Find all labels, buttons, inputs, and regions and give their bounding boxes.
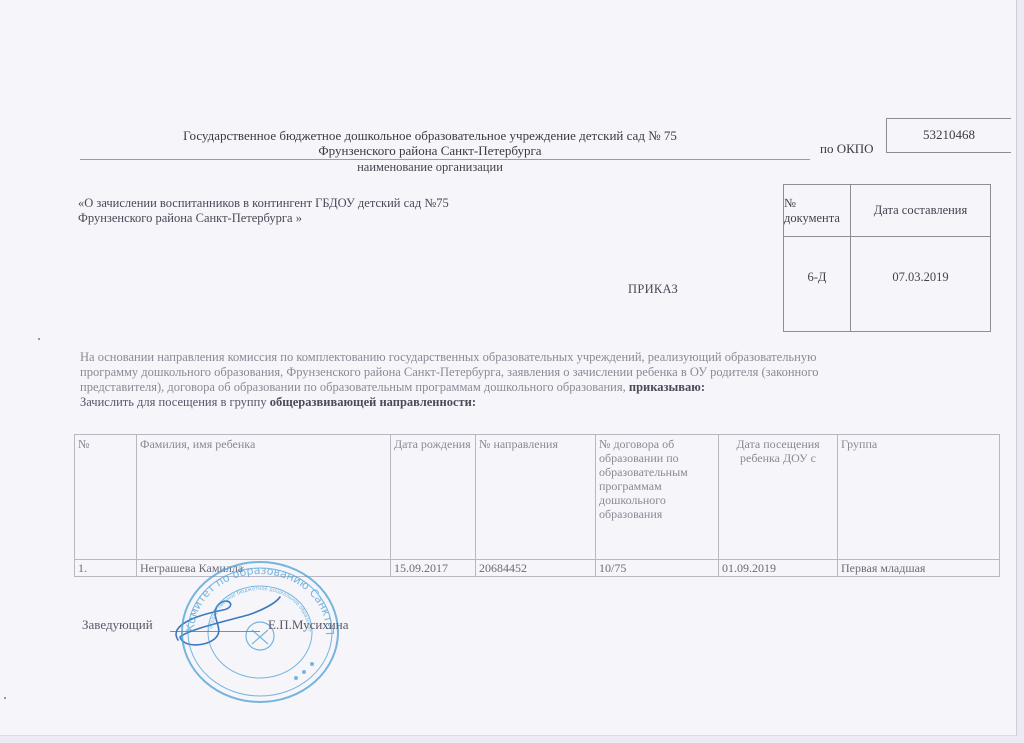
header-number: №	[75, 435, 137, 560]
organization-caption: наименование организации	[140, 160, 720, 175]
organization-name: Государственное бюджетное дошкольное обр…	[140, 128, 720, 158]
header-referral-number: № направления	[476, 435, 596, 560]
basis-line4: Зачислить для посещения в группу общераз…	[80, 395, 980, 410]
header-contract-number: № договора об образовании по образовател…	[596, 435, 719, 560]
order-title: ПРИКАЗ	[628, 282, 678, 297]
table-header-row: № Фамилия, имя ребенка Дата рождения № н…	[75, 435, 1000, 560]
doc-date: 07.03.2019	[851, 237, 991, 332]
basis-line1: На основании направления комиссия по ком…	[80, 350, 980, 365]
enrollment-table: № Фамилия, имя ребенка Дата рождения № н…	[74, 434, 1000, 577]
basis-line3-text: представителя), договора об образовании …	[80, 380, 629, 394]
basis-decree-word: приказываю:	[629, 380, 705, 394]
scan-speck	[38, 338, 40, 340]
order-subject-line2: Фрунзенского района Санкт-Петербурга »	[78, 211, 449, 226]
cell-attendance-date: 01.09.2019	[719, 560, 838, 577]
cell-birth-date: 15.09.2017	[391, 560, 476, 577]
order-subject: «О зачислении воспитанников в контингент…	[78, 196, 449, 226]
organization-name-line2: Фрунзенского района Санкт-Петербурга	[140, 143, 720, 158]
document-info-table: № документа Дата составления 6-Д 07.03.2…	[783, 184, 991, 332]
cell-number: 1.	[75, 560, 137, 577]
doc-date-header: Дата составления	[851, 185, 991, 237]
signer-title: Заведующий	[82, 617, 153, 633]
order-basis-text: На основании направления комиссия по ком…	[80, 350, 980, 410]
okpo-value: 53210468	[886, 118, 1011, 153]
doc-number: 6-Д	[784, 237, 851, 332]
cell-group: Первая младшая	[838, 560, 1000, 577]
header-birth-date: Дата рождения	[391, 435, 476, 560]
header-child-name: Фамилия, имя ребенка	[137, 435, 391, 560]
basis-line2: программу дошкольного образования, Фрунз…	[80, 365, 980, 380]
organization-name-line1: Государственное бюджетное дошкольное обр…	[140, 128, 720, 143]
doc-number-header: № документа	[784, 185, 851, 237]
header-group: Группа	[838, 435, 1000, 560]
scan-speck	[4, 697, 6, 699]
okpo-label: по ОКПО	[820, 141, 874, 157]
cell-referral-number: 20684452	[476, 560, 596, 577]
basis-line4-text: Зачислить для посещения в группу	[80, 395, 270, 409]
document-page: Государственное бюджетное дошкольное обр…	[0, 0, 1017, 736]
basis-line3: представителя), договора об образовании …	[80, 380, 980, 395]
cell-contract-number: 10/75	[596, 560, 719, 577]
order-subject-line1: «О зачислении воспитанников в контингент…	[78, 196, 449, 211]
basis-group-type: общеразвивающей направленности:	[270, 395, 476, 409]
official-stamp-icon: Комитет по образованию Санкт-Петербурга …	[172, 560, 342, 710]
header-attendance-date: Дата посещения ребенка ДОУ с	[719, 435, 838, 560]
signer-name: Е.П.Мусихина	[268, 617, 348, 633]
